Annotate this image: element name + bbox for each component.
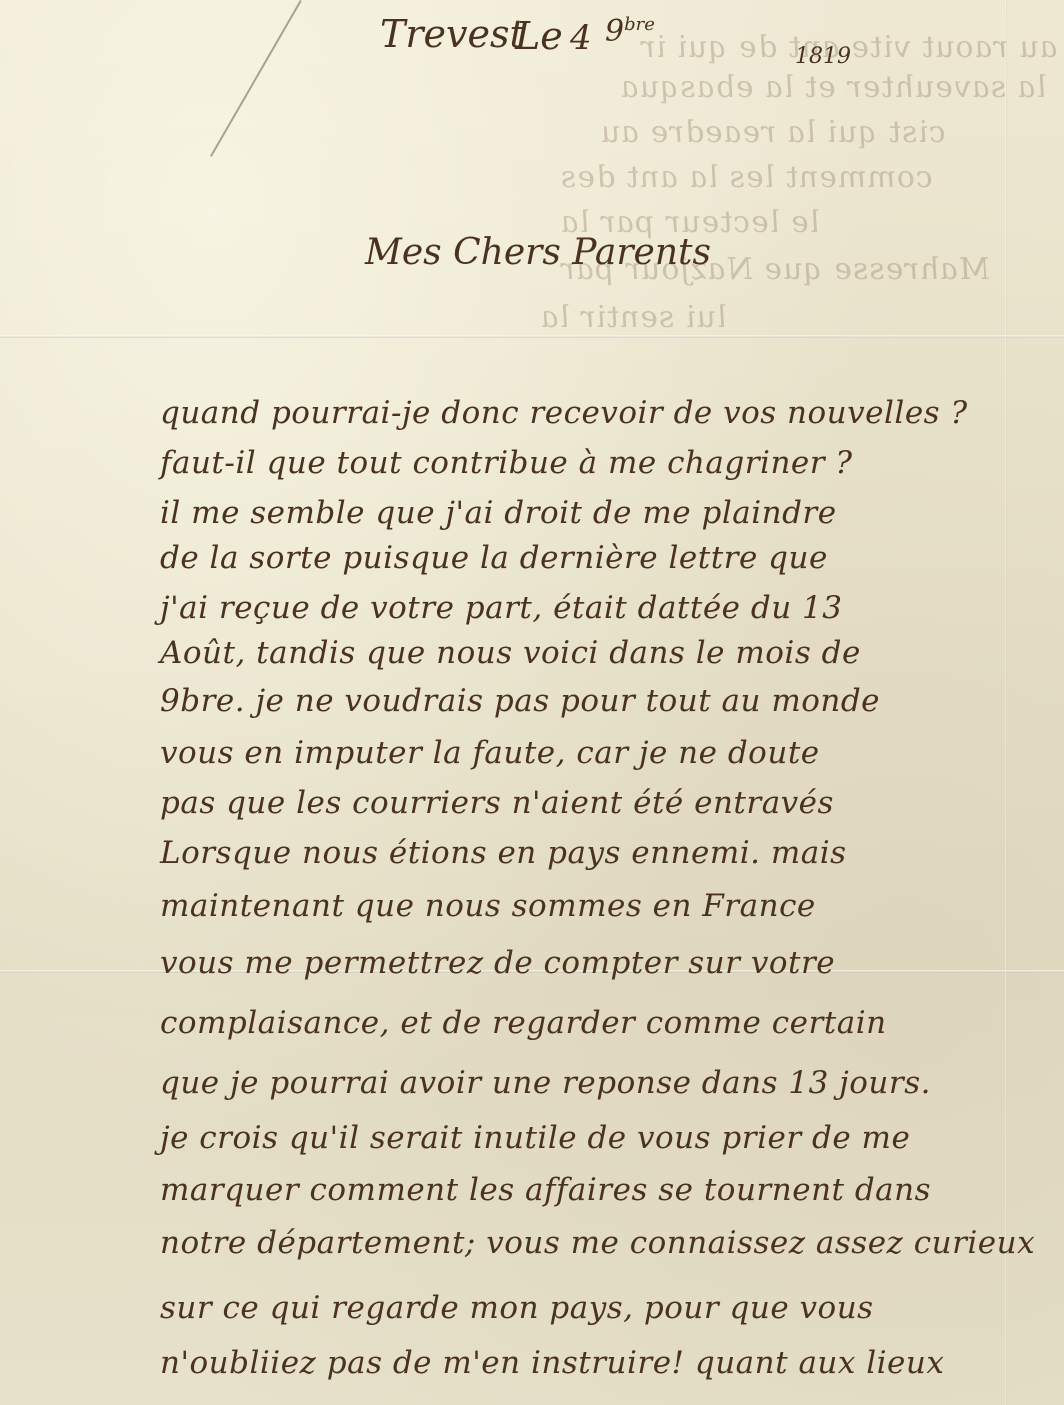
- letter-body-line: je crois qu'il serait inutile de vous pr…: [160, 1120, 910, 1156]
- bleed-through-text: comment les la ant des: [558, 160, 936, 195]
- bleed-through-text: lui sentir la: [538, 300, 729, 335]
- letter-body-line: de la sorte puisque la dernière lettre q…: [160, 540, 828, 576]
- month-number: 9: [605, 14, 624, 49]
- letter-body-line: pas que les courriers n'aient été entrav…: [160, 785, 834, 821]
- bleed-through-text: la saveuhter et la ebasqua: [618, 70, 1049, 105]
- letter-date-day: 4: [570, 18, 592, 58]
- letter-body-line: n'oubliiez pas de m'en instruire! quant …: [160, 1345, 944, 1381]
- letter-date-month: 9bre: [605, 14, 655, 49]
- letter-place: Trevest: [380, 12, 525, 56]
- month-suffix: bre: [624, 14, 655, 35]
- letter-date-year: 1819: [795, 44, 851, 69]
- letter-body-line: quand pourrai-je donc recevoir de vos no…: [160, 395, 968, 431]
- paper-fold-crease: [1005, 0, 1007, 1405]
- letter-body-line: il me semble que j'ai droit de me plaind…: [160, 495, 837, 531]
- letter-body-line: faut-il que tout contribue à me chagrine…: [160, 445, 853, 481]
- letter-salutation: Mes Chers Parents: [365, 232, 711, 273]
- paper-fold-crease: [0, 335, 1064, 338]
- letter-body-line: sur ce qui regarde mon pays, pour que vo…: [160, 1290, 874, 1326]
- letter-date-prefix: Le: [515, 14, 563, 58]
- letter-body-line: notre département; vous me connaissez as…: [160, 1225, 1035, 1261]
- letter-body-line: Août, tandis que nous voici dans le mois…: [160, 635, 861, 671]
- letter-body-line: maintenant que nous sommes en France: [160, 888, 816, 924]
- letter-body-line: vous en imputer la faute, car je ne dout…: [160, 735, 820, 771]
- letter-body-line: vous me permettrez de compter sur votre: [160, 945, 835, 981]
- letter-body-line: 9bre. je ne voudrais pas pour tout au mo…: [160, 683, 880, 719]
- bleed-through-text: cist qui la reaedre au: [598, 115, 949, 150]
- letter-body-line: j'ai reçue de votre part, était dattée d…: [160, 590, 843, 626]
- letter-body-line: que je pourrai avoir une reponse dans 13…: [160, 1065, 931, 1101]
- letter-body-line: marquer comment les affaires se tournent…: [160, 1172, 931, 1208]
- letter-body-line: complaisance, et de regarder comme certa…: [160, 1005, 887, 1041]
- letter-body-line: Lorsque nous étions en pays ennemi. mais: [160, 835, 847, 871]
